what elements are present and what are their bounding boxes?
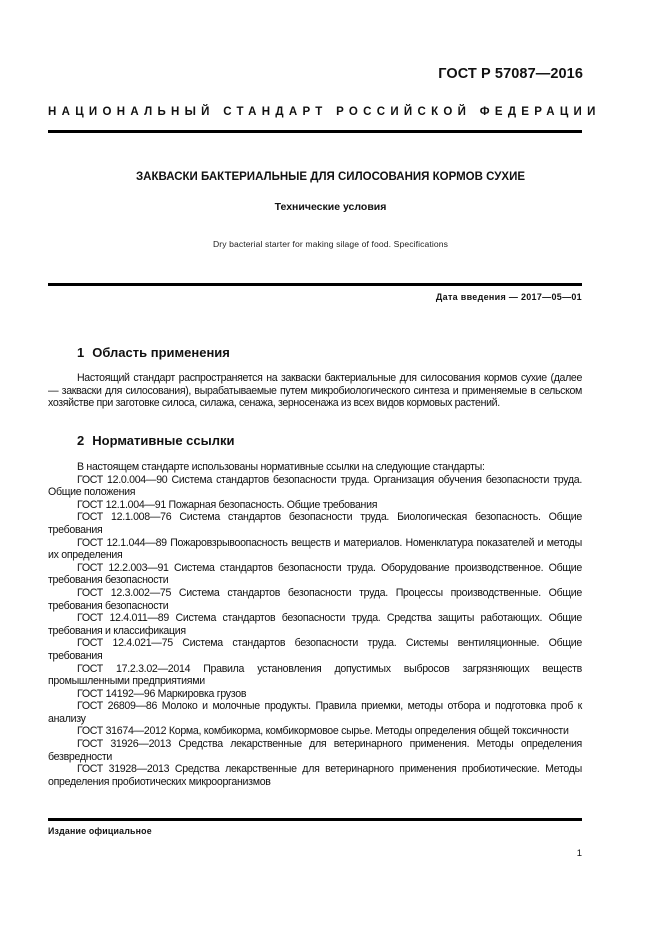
document-page: ГОСТ Р 57087—2016 НАЦИОНАЛЬНЫЙ СТАНДАРТ … [0, 0, 661, 936]
introduction-date: Дата введения — 2017—05—01 [436, 292, 582, 302]
paragraph: Настоящий стандарт распространяется на з… [48, 372, 582, 410]
reference-item: ГОСТ 26809—86 Молоко и молочные продукты… [48, 700, 582, 725]
section-title: Нормативные ссылки [92, 433, 234, 448]
section-title: Область применения [92, 345, 230, 360]
top-divider [48, 130, 582, 133]
reference-item: ГОСТ 17.2.3.02—2014 Правила установления… [48, 663, 582, 688]
english-title: Dry bacterial starter for making silage … [0, 239, 661, 249]
gost-code: ГОСТ Р 57087—2016 [438, 66, 583, 82]
reference-item: ГОСТ 12.0.004—90 Система стандартов безо… [48, 474, 582, 499]
page-number: 1 [577, 848, 582, 859]
reference-item: ГОСТ 12.1.004—91 Пожарная безопасность. … [48, 499, 582, 512]
reference-item: ГОСТ 12.1.008—76 Система стандартов безо… [48, 511, 582, 536]
official-edition-label: Издание официальное [48, 826, 152, 836]
reference-item: ГОСТ 14192—96 Маркировка грузов [48, 688, 582, 701]
section-heading: 2Нормативные ссылки [77, 433, 234, 448]
document-subtitle: Технические условия [0, 201, 661, 213]
section-number: 1 [77, 345, 84, 360]
reference-item: ГОСТ 12.4.021—75 Система стандартов безо… [48, 637, 582, 662]
section-body-references: В настоящем стандарте использованы норма… [48, 461, 582, 788]
document-title: ЗАКВАСКИ БАКТЕРИАЛЬНЫЕ ДЛЯ СИЛОСОВАНИЯ К… [0, 171, 661, 183]
section-heading: 1Область применения [77, 345, 230, 360]
section-number: 2 [77, 433, 84, 448]
reference-item: ГОСТ 31926—2013 Средства лекарственные д… [48, 738, 582, 763]
reference-item: ГОСТ 31928—2013 Средства лекарственные д… [48, 763, 582, 788]
reference-item: ГОСТ 12.2.003—91 Система стандартов безо… [48, 562, 582, 587]
reference-item: ГОСТ 12.4.011—89 Система стандартов безо… [48, 612, 582, 637]
reference-item: ГОСТ 12.1.044—89 Пожаровзрывоопасность в… [48, 537, 582, 562]
reference-item: ГОСТ 12.3.002—75 Система стандартов безо… [48, 587, 582, 612]
title-divider [48, 283, 582, 286]
reference-item: ГОСТ 31674—2012 Корма, комбикорма, комби… [48, 725, 582, 738]
national-standard-banner: НАЦИОНАЛЬНЫЙ СТАНДАРТ РОССИЙСКОЙ ФЕДЕРАЦ… [48, 106, 588, 118]
section-body-scope: Настоящий стандарт распространяется на з… [48, 372, 582, 410]
paragraph: В настоящем стандарте использованы норма… [48, 461, 582, 474]
footer-divider [48, 818, 582, 821]
